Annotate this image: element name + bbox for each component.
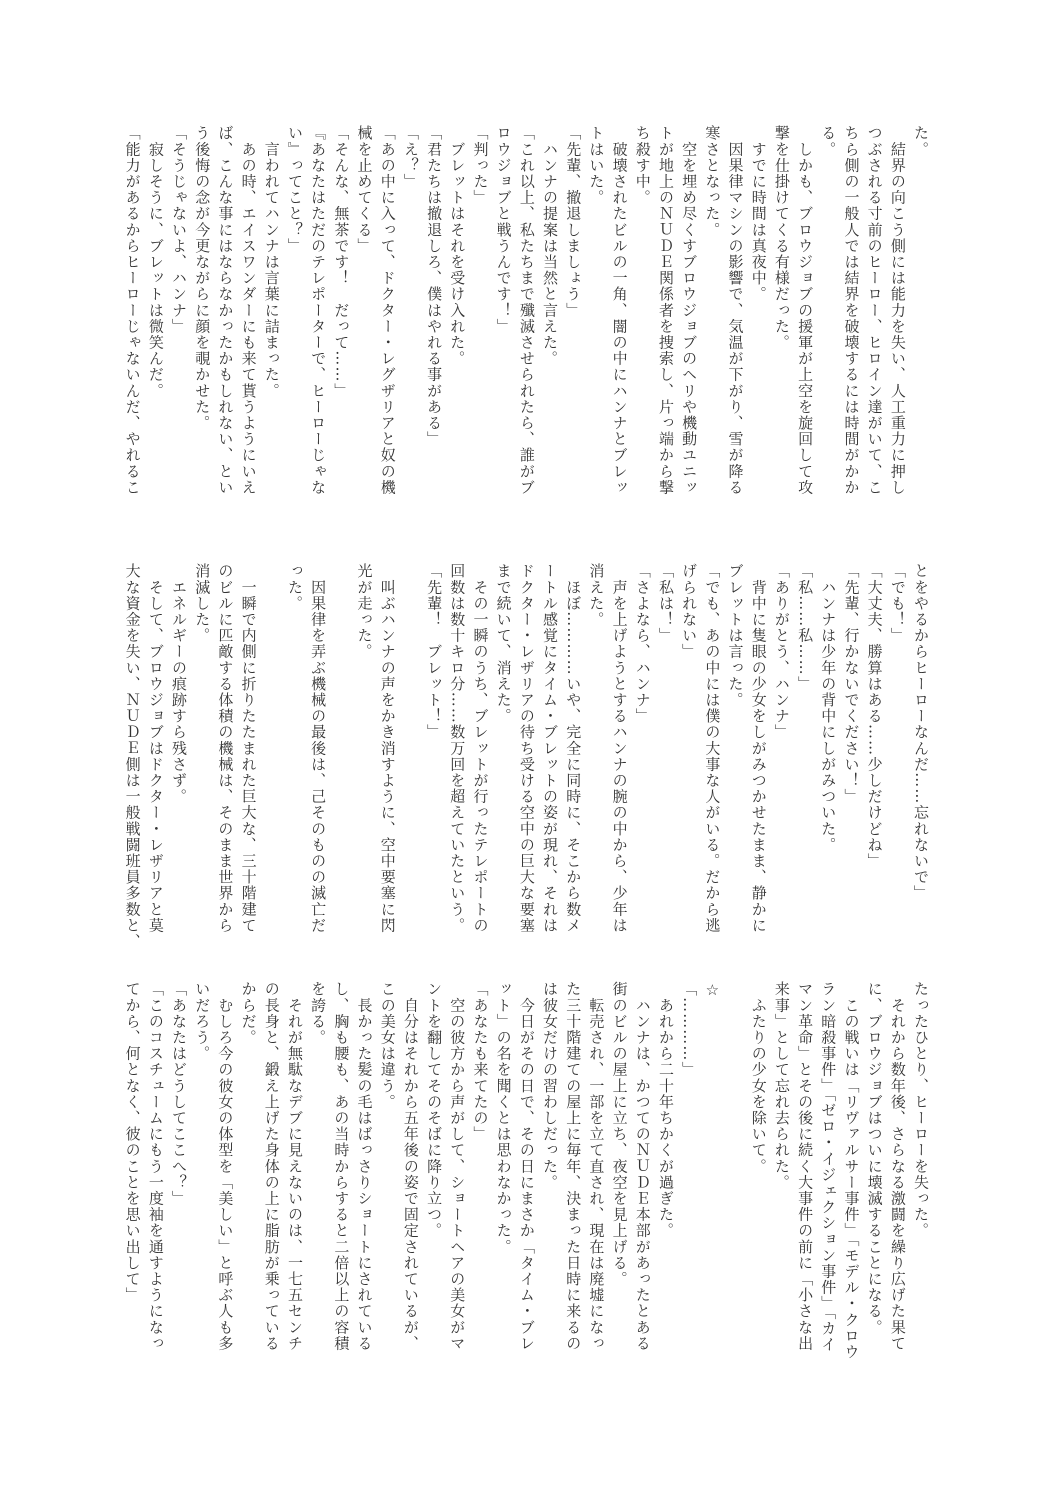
text-line: は彼女だけの習わしだった。 <box>538 981 561 1353</box>
text-line: 今日がその日で、その日にまさか「タイム・ブレ <box>515 981 538 1353</box>
text-line: し、胸も腰も、あの当時からすると二倍以上の容積 <box>329 981 352 1353</box>
text-line: ほぼ…………いや、完全に同時に、そこから数メ <box>561 563 584 935</box>
text-line: 結界の向こう側には能力を失い、人工重力に押し <box>886 125 909 497</box>
text-line: 撃を仕掛けてくる有様だった。 <box>770 125 793 497</box>
text-line: 「でも！」 <box>886 563 909 935</box>
text-line: この美女は違う。 <box>376 981 399 1353</box>
text-block-bottom: たったひとり、ヒーローを失った。 それから数年後、さらなる激闘を繰り広げた果て … <box>120 981 932 1353</box>
text-line: しかも、ブロウジョブの援軍が上空を旋回して攻 <box>793 125 816 497</box>
text-line: すでに時間は真夜中。 <box>747 125 770 497</box>
text-line: トが地上のＮＵＤＥ関係者を捜索し、片っ端から撃 <box>654 125 677 497</box>
text-line: ハンナの提案は当然と言えた。 <box>538 125 561 497</box>
text-line: あれから二十年ちかくが過ぎた。 <box>654 981 677 1353</box>
text-line: ントを翻してそのそばに降り立つ。 <box>422 981 445 1353</box>
text-line: そして、ブロウジョブはドクター・レザリアと莫 <box>144 563 167 935</box>
text-line: ふたりの少女を除いて。 <box>747 981 770 1353</box>
text-line: その一瞬のうち、ブレットが行ったテレポートの <box>468 563 491 935</box>
blank-line <box>329 563 352 935</box>
text-line: 叫ぶハンナの声をかき消すように、空中要塞に閃 <box>376 563 399 935</box>
blank-line <box>399 563 422 935</box>
text-line: ートル感覚にタイム・ブレットの姿が現れ、それは <box>538 563 561 935</box>
text-line: 消滅した。 <box>190 563 213 935</box>
text-line: エネルギーの痕跡すら残さず。 <box>167 563 190 935</box>
text-line: あの時、エイスワンダーにも来て貰うようにいえ <box>236 125 259 497</box>
text-line: 「そんな、無茶です！ だって……」 <box>329 125 352 497</box>
text-line: それが無駄なデブに見えないのは、一七五センチ <box>283 981 306 1353</box>
text-line: 「あの中に入って、ドクター・レグザリアと奴の機 <box>376 125 399 497</box>
text-line: 言われてハンナは言葉に詰まった。 <box>260 125 283 497</box>
text-line: 一瞬で内側に折りたたまれた巨大な、三十階建て <box>236 563 259 935</box>
text-line: 「…………」 <box>677 981 700 1353</box>
text-line: 空を埋め尽くすブロウジョブのヘリや機動ユニッ <box>677 125 700 497</box>
text-line: 街のビルの屋上に立ち、夜空を見上げる。 <box>607 981 630 1353</box>
text-line: 「あなたも来てたの」 <box>468 981 491 1353</box>
text-line: ロウジョブと戦うんです！」 <box>491 125 514 497</box>
text-line: むしろ今の彼女の体型を「美しい」と呼ぶ人も多 <box>213 981 236 1353</box>
text-line: 因果律マシンの影響で、気温が下がり、雪が降る <box>723 125 746 497</box>
text-line: た。 <box>909 125 932 497</box>
text-line: た三十階建ての屋上に毎年、決まった日時に来るの <box>561 981 584 1353</box>
text-line: う後悔の念が今更ながらに顔を覗かせた。 <box>190 125 213 497</box>
text-line: 消えた。 <box>584 563 607 935</box>
text-line: ハンナは、かつてのＮＵＤＥ本部があったとある <box>631 981 654 1353</box>
text-line: 「でも、あの中には僕の大事な人がいる。だから逃 <box>700 563 723 935</box>
text-line: 空の彼方から声がして、ショートヘアの美女がマ <box>445 981 468 1353</box>
text-line: 「判った」 <box>468 125 491 497</box>
text-line: 背中に隻眼の少女をしがみつかせたまま、静かに <box>747 563 770 935</box>
text-line: てから、何となく、彼のことを思い出して」 <box>120 981 143 1353</box>
text-line: 『あなたはただのテレポーターで、ヒーローじゃな <box>306 125 329 497</box>
text-line: ちら側の一般人では結界を破壊するには時間がかか <box>839 125 862 497</box>
text-line: 「え？」 <box>399 125 422 497</box>
blank-line <box>260 563 283 935</box>
text-line: げられない」 <box>677 563 700 935</box>
text-line: 「ありがとう、ハンナ」 <box>770 563 793 935</box>
text-line: のビルに匹敵する体積の機械は、そのまま世界から <box>213 563 236 935</box>
text-line: 因果律を弄ぶ機械の最後は、己そのものの滅亡だ <box>306 563 329 935</box>
text-line: 寂しそうに、ブレットは微笑んだ。 <box>144 125 167 497</box>
text-line: 「これ以上、私たちまで殲滅させられたら、誰がブ <box>515 125 538 497</box>
text-line: 長かった髪の毛はばっさりショートにされている <box>352 981 375 1353</box>
text-line: の長身と、鍛え上げた身体の上に脂肪が乗っている <box>260 981 283 1353</box>
text-line: ブレットは言った。 <box>723 563 746 935</box>
text-line: る。 <box>816 125 839 497</box>
text-line: この戦いは「リヴァルサー事件」「モデル・クロウ <box>839 981 862 1353</box>
text-line: い』ってこと？」 <box>283 125 306 497</box>
text-line: とをやるからヒーローなんだ……忘れないで」 <box>909 563 932 935</box>
text-line: ハンナは少年の背中にしがみついた。 <box>816 563 839 935</box>
text-line: それから数年後、さらなる激闘を繰り広げた果て <box>886 981 909 1353</box>
text-line: 光が走った。 <box>352 563 375 935</box>
text-line: を誇る。 <box>306 981 329 1353</box>
text-line: った。 <box>283 563 306 935</box>
text-line: たったひとり、ヒーローを失った。 <box>909 981 932 1353</box>
text-line: 回数は数十キロ分……数万回を超えていたという。 <box>445 563 468 935</box>
text-line: 寒さとなった。 <box>700 125 723 497</box>
text-line: トはいた。 <box>584 125 607 497</box>
text-block-top: た。 結界の向こう側には能力を失い、人工重力に押し つぶされる寸前のヒーロー、ヒ… <box>120 125 932 497</box>
text-line: 「大丈夫、勝算はある……少しだけどね」 <box>862 563 885 935</box>
blank-line <box>723 981 746 1353</box>
text-line: ば、こんな事にはならなかったかもしれない、とい <box>213 125 236 497</box>
section-break-star-icon: ☆ <box>700 981 723 1353</box>
text-line: 「このコスチュームにもう一度袖を通すようになっ <box>144 981 167 1353</box>
text-line: からだ。 <box>236 981 259 1353</box>
text-block-middle: とをやるからヒーローなんだ……忘れないで」 「でも！」 「大丈夫、勝算はある……… <box>120 563 932 935</box>
text-line: 「能力があるからヒーローじゃないんだ、やれるこ <box>120 125 143 497</box>
text-line: に、ブロウジョブはついに壊滅することになる。 <box>862 981 885 1353</box>
text-line: ち殺す中。 <box>631 125 654 497</box>
text-line: 械を止めてくる」 <box>352 125 375 497</box>
text-line: 大な資金を失い、ＮＵＤＥ側は一般戦闘班員多数と、 <box>120 563 143 935</box>
text-line: 「あなたはどうしてここへ？」 <box>167 981 190 1353</box>
text-line: 「君たちは撤退しろ、僕はやれる事がある」 <box>422 125 445 497</box>
text-line: ラン暗殺事件」「ゼロ・イジェクション事件」「カイ <box>816 981 839 1353</box>
text-line: 「私……私……」 <box>793 563 816 935</box>
text-line: 「先輩、行かないでください！」 <box>839 563 862 935</box>
text-line: 声を上げようとするハンナの腕の中から、少年は <box>607 563 630 935</box>
text-line: いだろう。 <box>190 981 213 1353</box>
text-line: ブレットはそれを受け入れた。 <box>445 125 468 497</box>
text-line: 破壊されたビルの一角、闇の中にハンナとブレッ <box>607 125 630 497</box>
page: た。 結界の向こう側には能力を失い、人工重力に押し つぶされる寸前のヒーロー、ヒ… <box>0 0 1050 1500</box>
text-line: 「先輩！ ブレット！」 <box>422 563 445 935</box>
text-line: ット」の名を聞くとは思わなかった。 <box>491 981 514 1353</box>
text-line: 「先輩、撤退しましょう」 <box>561 125 584 497</box>
text-line: マン革命」とその後に続く大事件の前に「小さな出 <box>793 981 816 1353</box>
text-line: 「さよなら、ハンナ」 <box>631 563 654 935</box>
text-line: ドクター・レザリアの待ち受ける空中の巨大な要塞 <box>515 563 538 935</box>
text-line: 「私は！」 <box>654 563 677 935</box>
text-line: つぶされる寸前のヒーロー、ヒロイン達がいて、こ <box>862 125 885 497</box>
text-line: 転売され、一部を立て直され、現在は廃墟になっ <box>584 981 607 1353</box>
text-line: 「そうじゃないよ、ハンナ」 <box>167 125 190 497</box>
text-line: 自分はそれから五年後の姿で固定されているが、 <box>399 981 422 1353</box>
text-line: 来事」として忘れ去られた。 <box>770 981 793 1353</box>
text-line: まで続いて、消えた。 <box>491 563 514 935</box>
